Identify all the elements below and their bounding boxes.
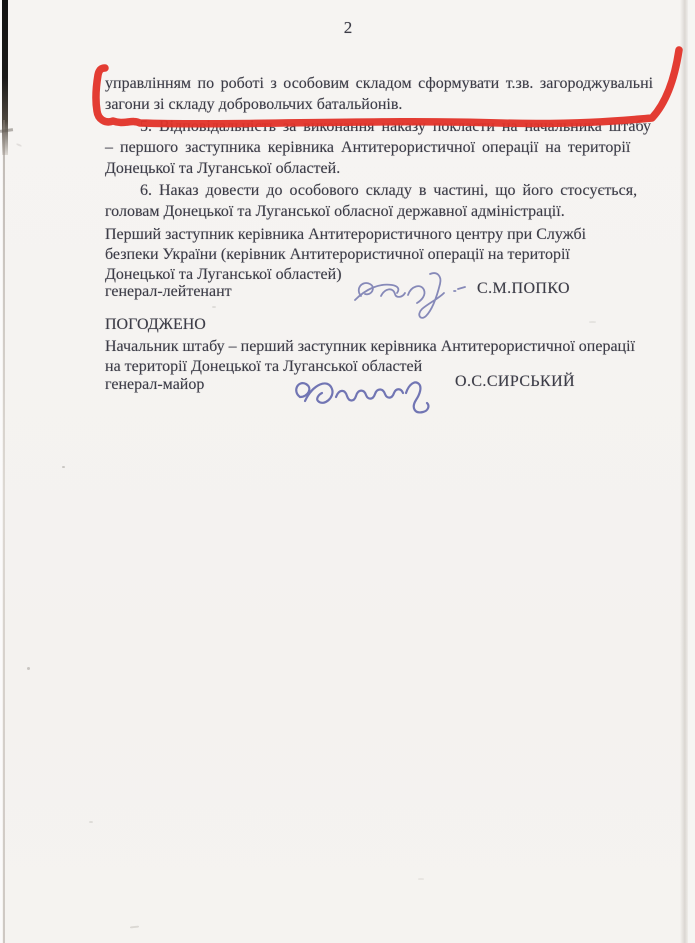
approval-rank: генерал-майор xyxy=(105,374,204,395)
approval-title-line: Начальник штабу – перший заступник керів… xyxy=(105,336,635,357)
signer-rank: генерал-лейтенант xyxy=(105,281,232,302)
body-line: Донецької та Луганської областей. xyxy=(105,158,340,179)
approval-name: О.С.СИРСЬКИЙ xyxy=(455,371,575,392)
scan-crease-right xyxy=(680,0,688,943)
signature-syrskyi xyxy=(283,374,448,419)
signer-title-line: безпеки України (керівник Антитерористич… xyxy=(105,244,570,265)
body-line: головам Донецької та Луганської обласної… xyxy=(105,201,565,222)
scan-edge-line xyxy=(3,120,5,943)
scan-speck xyxy=(130,926,139,929)
scan-speck xyxy=(16,143,22,147)
scan-speck xyxy=(62,466,65,468)
signer-name: С.М.ПОПКО xyxy=(477,278,570,299)
scan-speck xyxy=(89,821,93,823)
scan-speck xyxy=(589,321,596,323)
scan-speck xyxy=(212,306,216,308)
scan-right-strip xyxy=(688,0,695,943)
scan-speck xyxy=(27,667,30,670)
approval-label: ПОГОДЖЕНО xyxy=(105,314,206,335)
scan-speck xyxy=(418,878,424,880)
body-line: загони зі складу добровольчих батальйоні… xyxy=(105,94,402,115)
body-line: – першого заступника керівника Антитерор… xyxy=(105,137,630,158)
body-line: 5. Відповідальність за виконання наказу … xyxy=(105,116,651,137)
page-number: 2 xyxy=(330,17,366,38)
signature-popko xyxy=(345,265,475,320)
body-line: 6. Наказ довести до особового складу в ч… xyxy=(105,180,637,201)
scanned-document-page: 2 управлінням по роботі з особовим склад… xyxy=(0,0,695,943)
body-line: управлінням по роботі з особовим складом… xyxy=(105,73,653,94)
signer-title-line: Перший заступник керівника Антитерористи… xyxy=(105,224,586,245)
